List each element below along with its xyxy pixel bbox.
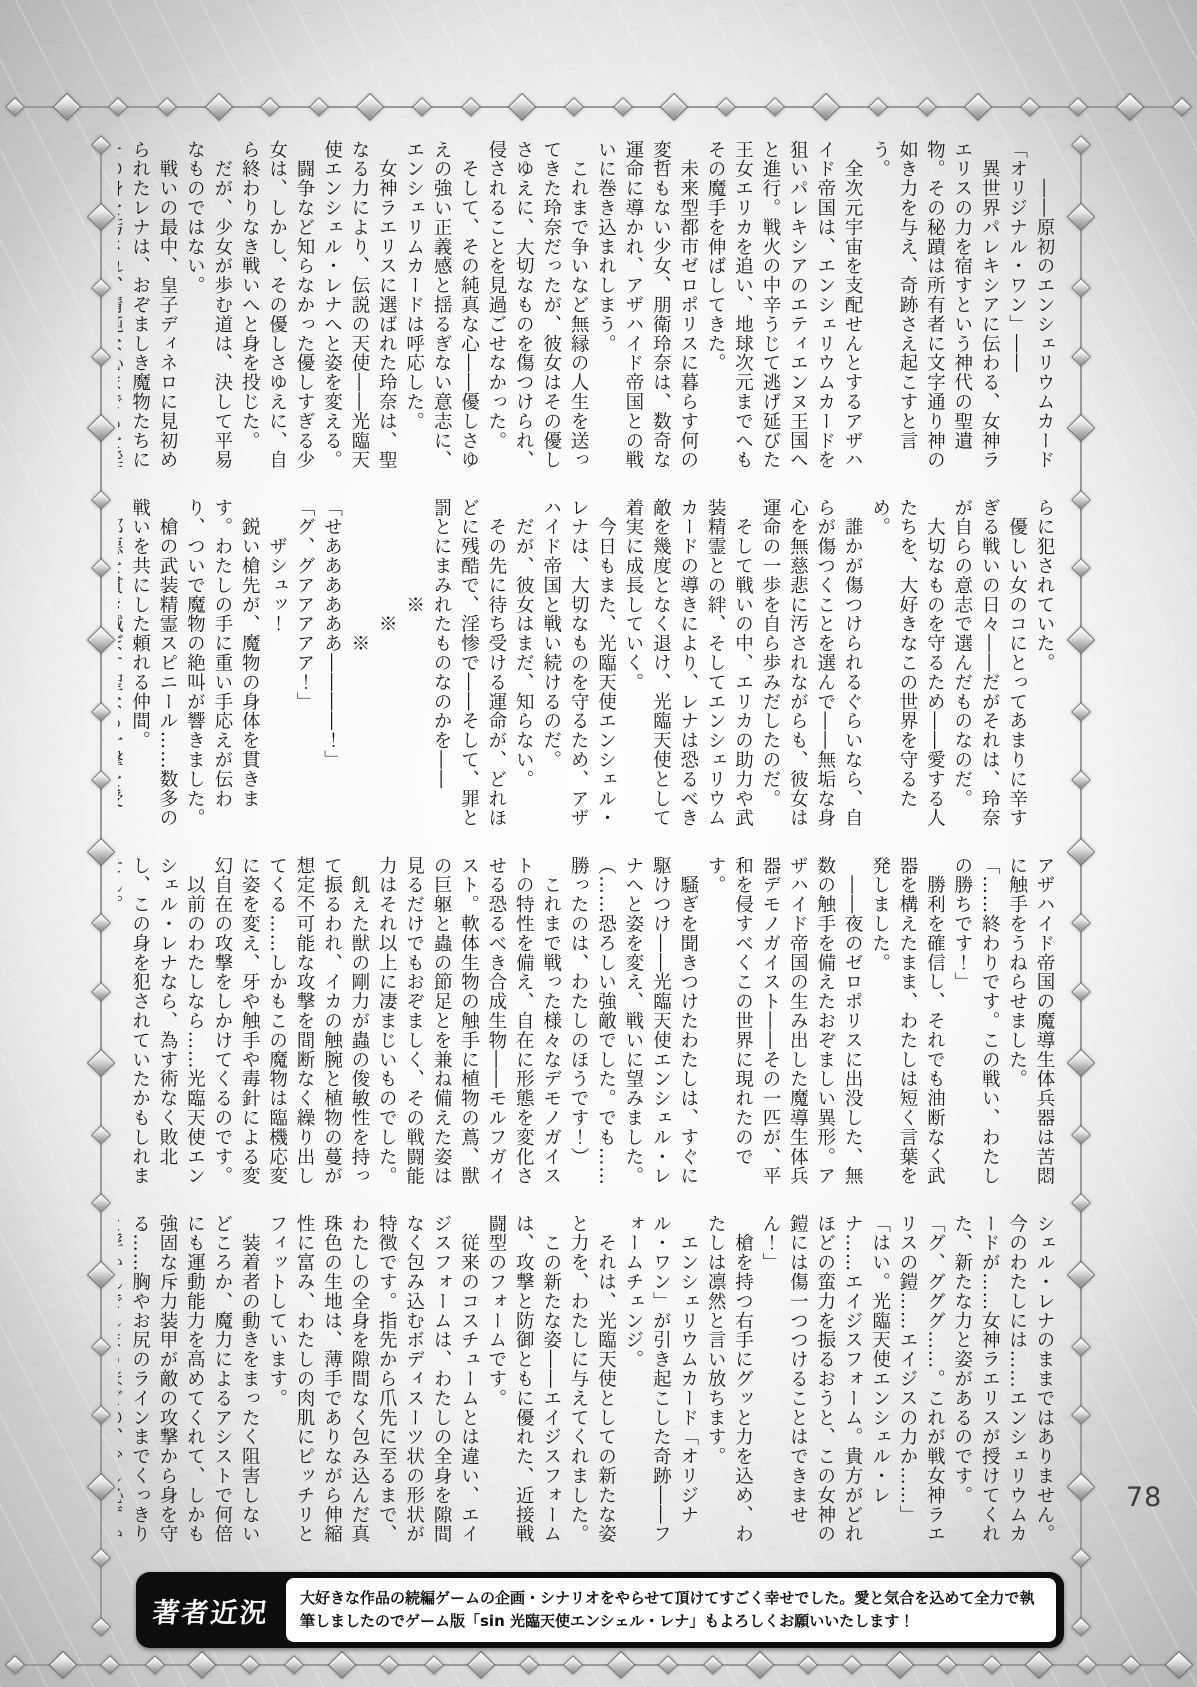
diamond-ornament-icon (964, 93, 992, 121)
diamond-ornament-icon (658, 1655, 678, 1675)
story-band-aegis-form: シェル・レナのままではありません。今のわたしには……エンシェリウムカードが……女… (118, 1214, 1058, 1544)
diamond-ornament-icon (1067, 1049, 1095, 1077)
story-band-battle-narration: アザハイド帝国の魔導生体兵器は苦悶に触手をうねらせました。 「……終わりです。こ… (118, 856, 1058, 1186)
diamond-ornament-icon (100, 1655, 120, 1675)
diamond-ornament-icon (91, 913, 111, 933)
diamond-ornament-icon (842, 1655, 862, 1675)
diamond-ornament-icon (1067, 1261, 1095, 1289)
diamond-ornament-icon (1067, 1473, 1095, 1501)
diamond-ornament-icon (87, 414, 115, 442)
diamond-ornament-icon (1071, 913, 1091, 933)
diamond-ornament-icon (886, 1651, 914, 1679)
diamond-ornament-icon (91, 1617, 111, 1637)
diamond-ornament-icon (1071, 770, 1091, 790)
diamond-ornament-icon (1067, 837, 1095, 865)
diamond-ornament-icon (91, 558, 111, 578)
author-note-text: 大好きな作品の続編ゲームの企画・シナリオをやらせて頂けてすごく幸せでした。愛と気… (286, 1578, 1056, 1642)
diamond-ornament-icon (108, 97, 128, 117)
diamond-ornament-icon (260, 97, 280, 117)
diamond-ornament-icon (91, 1337, 111, 1357)
diamond-ornament-icon (188, 1651, 216, 1679)
diamond-ornament-icon (5, 97, 25, 117)
diamond-ornament-icon (412, 97, 432, 117)
diamond-ornament-icon (508, 93, 536, 121)
diamond-ornament-icon (91, 490, 111, 510)
diamond-ornament-icon (660, 93, 688, 121)
diamond-ornament-icon (519, 1655, 539, 1675)
diamond-ornament-icon (1071, 135, 1091, 155)
ornament-top-border (8, 84, 1189, 130)
diamond-ornament-icon (87, 1473, 115, 1501)
diamond-ornament-icon (379, 1655, 399, 1675)
diamond-ornament-icon (87, 1261, 115, 1289)
author-note-badge: 著者近況 (134, 1591, 288, 1630)
diamond-ornament-icon (765, 97, 785, 117)
diamond-ornament-icon (1071, 982, 1091, 1002)
diamond-ornament-icon (917, 97, 937, 117)
diamond-ornament-icon (91, 770, 111, 790)
diamond-ornament-icon (716, 97, 736, 117)
diamond-ornament-icon (746, 1651, 774, 1679)
diamond-ornament-icon (91, 347, 111, 367)
diamond-ornament-icon (356, 93, 384, 121)
author-note-bar: 著者近況 大好きな作品の続編ゲームの企画・シナリオをやらせて頂けてすごく幸せでし… (136, 1572, 1064, 1648)
diamond-ornament-icon (1071, 1337, 1091, 1357)
diamond-ornament-icon (1067, 414, 1095, 442)
diamond-ornament-icon (1025, 1651, 1053, 1679)
diamond-ornament-icon (91, 278, 111, 298)
diamond-ornament-icon (204, 93, 232, 121)
diamond-ornament-icon (613, 97, 633, 117)
diamond-ornament-icon (91, 1125, 111, 1145)
diamond-ornament-icon (982, 1655, 1002, 1675)
diamond-ornament-icon (1071, 1617, 1091, 1637)
diamond-ornament-icon (1172, 97, 1192, 117)
story-text-area: ――原初のエンシェリウムカード 「オリジナル・ワン」―― 異世界パレキシアに伝わ… (118, 140, 1058, 1572)
page-number: 78 (1126, 1482, 1190, 1513)
diamond-ornament-icon (1071, 490, 1091, 510)
diamond-ornament-icon (1071, 1125, 1091, 1145)
diamond-ornament-icon (1071, 347, 1091, 367)
diamond-ornament-icon (424, 1655, 444, 1675)
diamond-ornament-icon (868, 97, 888, 117)
diamond-ornament-icon (1071, 558, 1091, 578)
diamond-ornament-icon (240, 1655, 260, 1675)
diamond-ornament-icon (1077, 1655, 1097, 1675)
diamond-ornament-icon (1020, 97, 1040, 117)
diamond-ornament-icon (1071, 278, 1091, 298)
ornament-bottom-border (8, 1646, 1189, 1684)
diamond-ornament-icon (798, 1655, 818, 1675)
ornament-right-border (1064, 138, 1098, 1634)
diamond-ornament-icon (467, 1651, 495, 1679)
diamond-ornament-icon (1121, 1655, 1141, 1675)
diamond-ornament-icon (91, 135, 111, 155)
diamond-ornament-icon (327, 1651, 355, 1679)
diamond-ornament-icon (52, 93, 80, 121)
diamond-ornament-icon (1069, 97, 1089, 117)
diamond-ornament-icon (145, 1655, 165, 1675)
story-band-prologue-header: ――原初のエンシェリウムカード 「オリジナル・ワン」―― 異世界パレキシアに伝わ… (118, 140, 1058, 470)
diamond-ornament-icon (1071, 1405, 1091, 1425)
diamond-ornament-icon (91, 702, 111, 722)
diamond-ornament-icon (461, 97, 481, 117)
diamond-ornament-icon (1067, 626, 1095, 654)
diamond-ornament-icon (563, 1655, 583, 1675)
ornament-left-border (84, 138, 118, 1634)
diamond-ornament-icon (564, 97, 584, 117)
diamond-ornament-icon (87, 202, 115, 230)
diamond-ornament-icon (1071, 702, 1091, 722)
diamond-ornament-icon (937, 1655, 957, 1675)
diamond-ornament-icon (607, 1651, 635, 1679)
story-band-prologue-close: らに犯されていた。 優しい女のコにとってあまりに辛すぎる戦いの日々――だがそれは… (118, 498, 1058, 828)
diamond-ornament-icon (1165, 1651, 1193, 1679)
diamond-ornament-icon (1116, 93, 1144, 121)
diamond-ornament-icon (309, 97, 329, 117)
diamond-ornament-icon (1071, 1194, 1091, 1214)
author-note-message: 大好きな作品の続編ゲームの企画・シナリオをやらせて頂けてすごく幸せでした。愛と気… (300, 1587, 1042, 1634)
diamond-ornament-icon (812, 93, 840, 121)
magazine-page: ――原初のエンシェリウムカード 「オリジナル・ワン」―― 異世界パレキシアに伝わ… (0, 0, 1197, 1687)
diamond-ornament-icon (157, 97, 177, 117)
diamond-ornament-icon (1067, 202, 1095, 230)
diamond-ornament-icon (87, 837, 115, 865)
diamond-ornament-icon (91, 1405, 111, 1425)
diamond-ornament-icon (91, 982, 111, 1002)
diamond-ornament-icon (5, 1655, 25, 1675)
diamond-ornament-icon (284, 1655, 304, 1675)
diamond-ornament-icon (87, 1049, 115, 1077)
diamond-ornament-icon (91, 1194, 111, 1214)
diamond-ornament-icon (1071, 1548, 1091, 1568)
diamond-ornament-icon (48, 1651, 76, 1679)
diamond-ornament-icon (87, 626, 115, 654)
diamond-ornament-icon (91, 1548, 111, 1568)
diamond-ornament-icon (703, 1655, 723, 1675)
